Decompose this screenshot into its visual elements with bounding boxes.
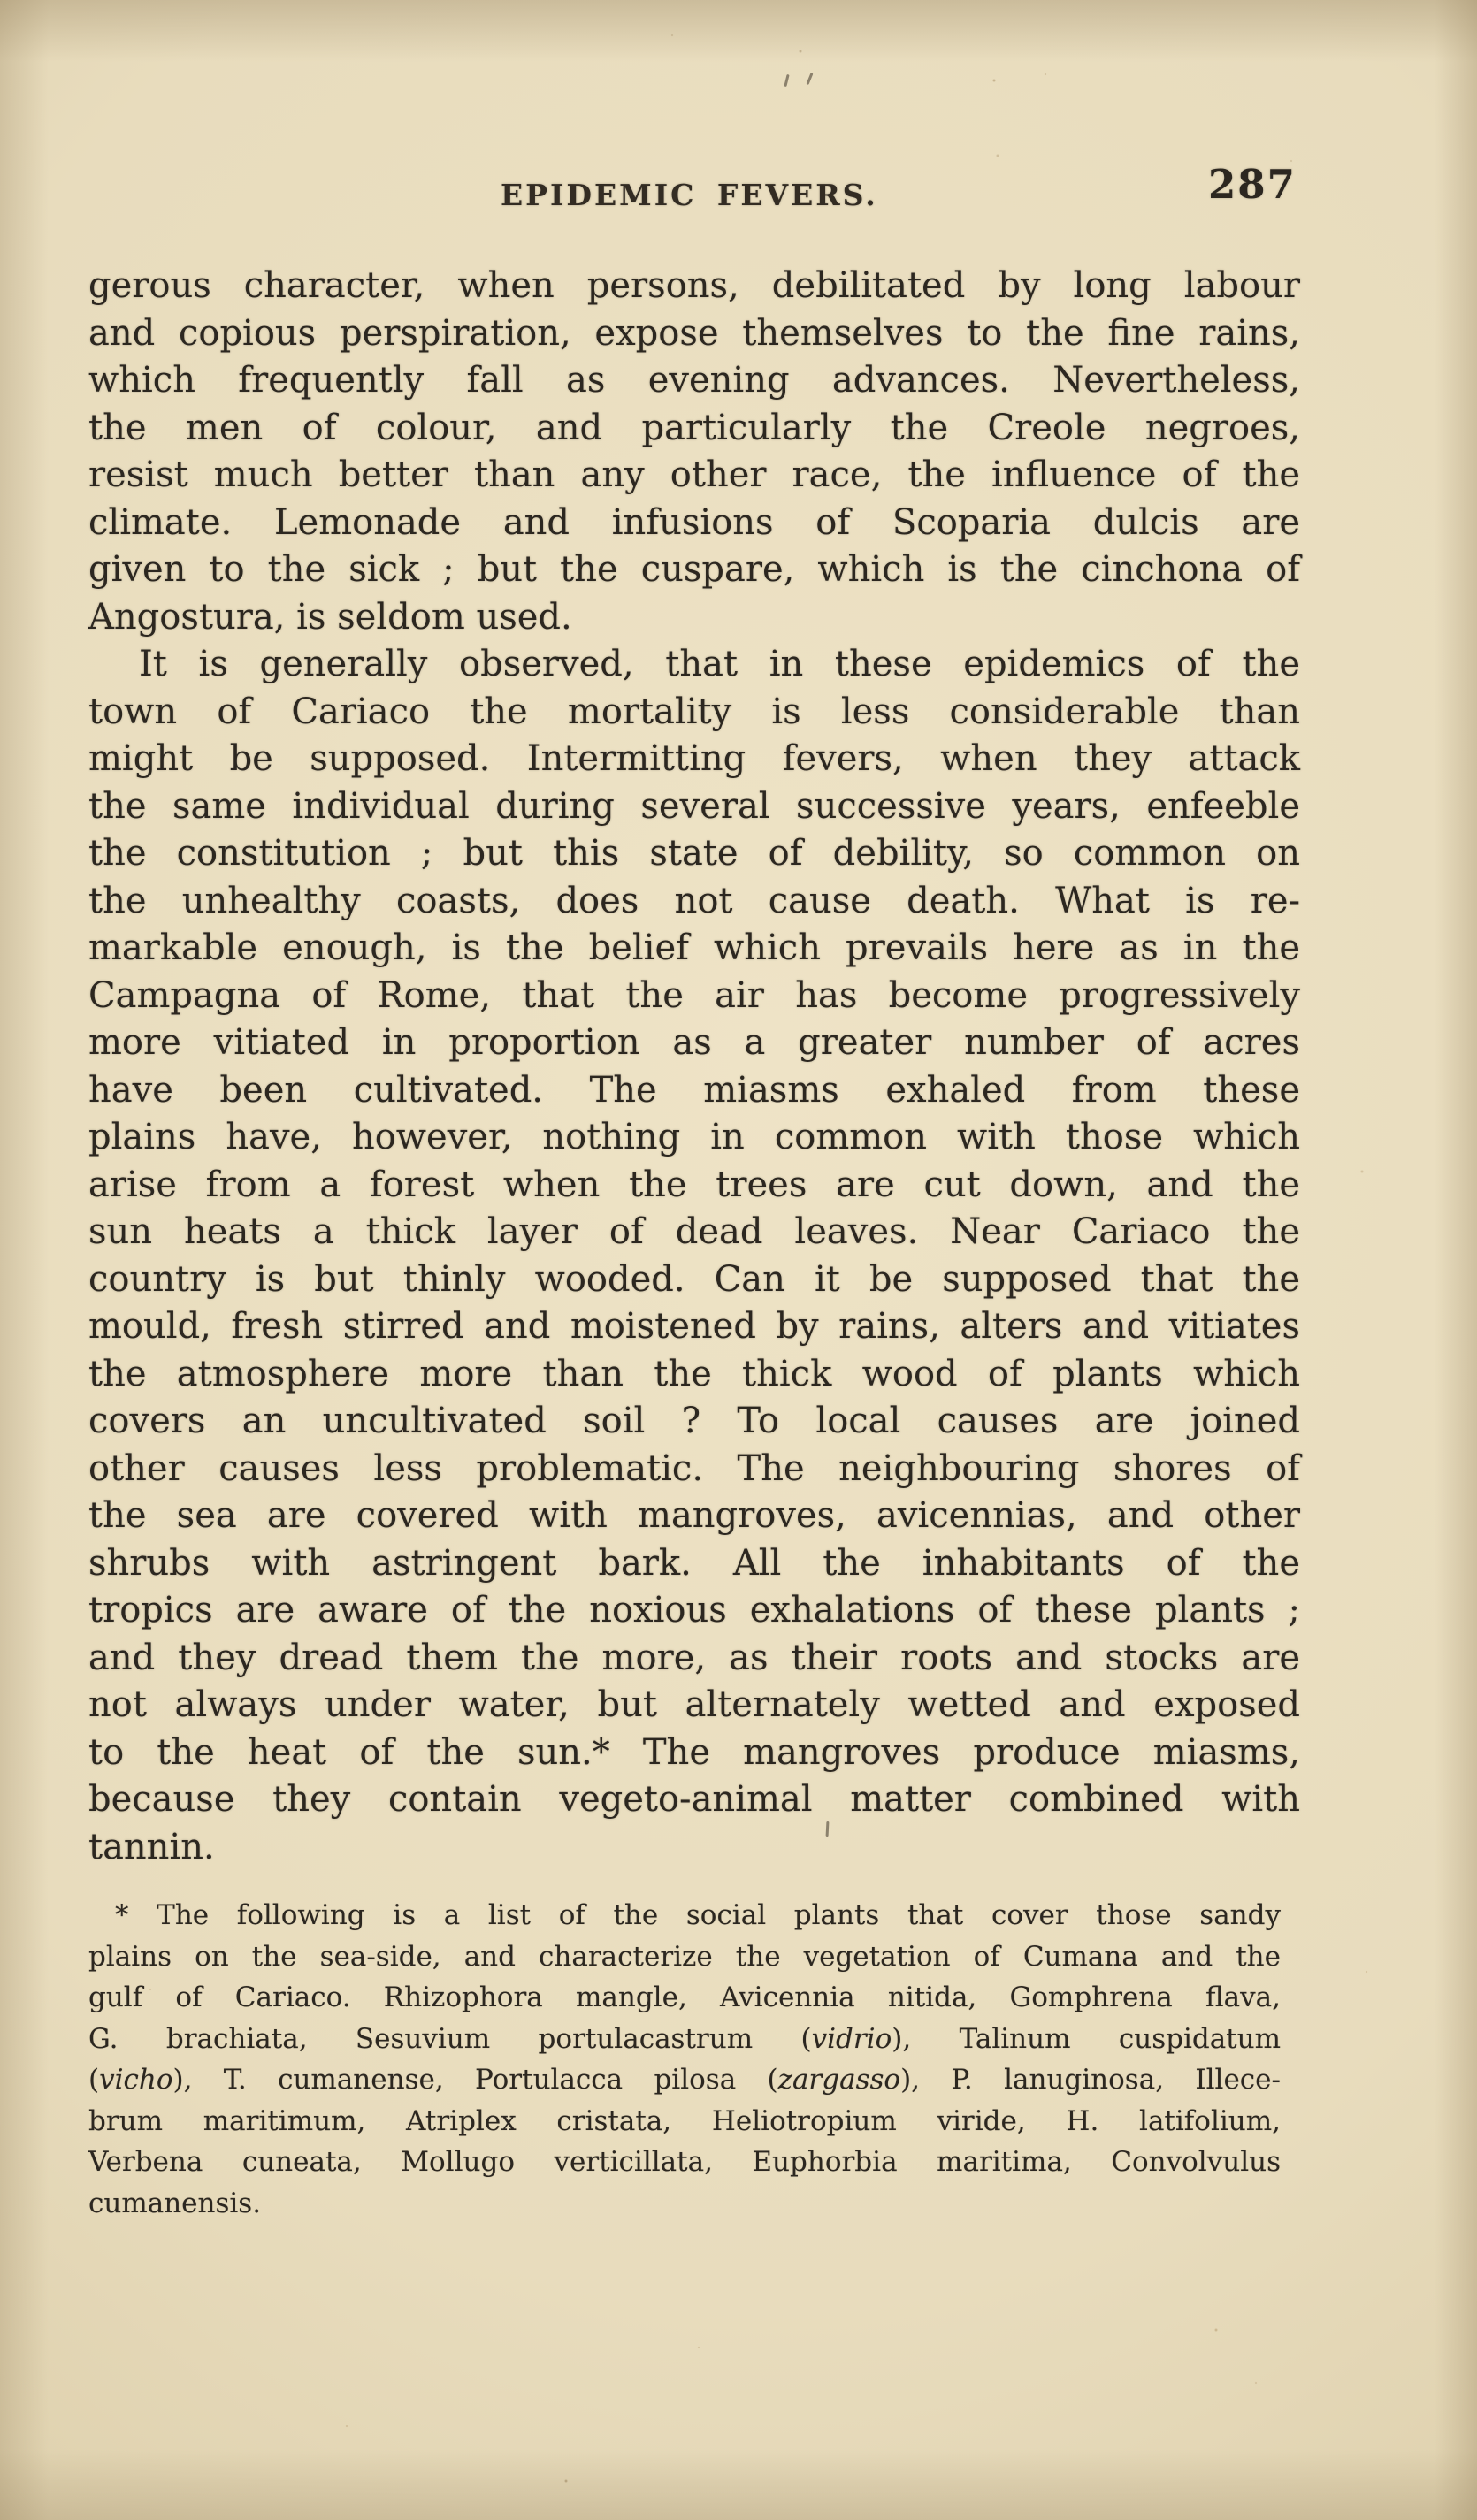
body-text: gerous character, when persons, debilita… [88, 263, 1300, 1871]
text-line: (vicho), T. cumanense, Portulacca pilosa… [88, 2059, 1281, 2101]
text-line: G. brachiata, Sesuvium portulacastrum (v… [88, 2019, 1281, 2060]
paragraph: gerous character, when persons, debilita… [88, 263, 1300, 641]
text-line: which frequently fall as evening advance… [88, 357, 1300, 405]
text-line: arise from a forest when the trees are c… [88, 1162, 1300, 1210]
text-line: the constitution ; but this state of deb… [88, 830, 1300, 878]
scan-mark [806, 73, 813, 85]
text-line: cumanensis. [88, 2183, 1281, 2225]
text-line: mould, fresh stirred and moistened by ra… [88, 1303, 1300, 1351]
text-line: brum maritimum, Atriplex cristata, Helio… [88, 2101, 1281, 2142]
text-line: Angostura, is seldom used. [88, 594, 1300, 642]
text-line: sun heats a thick layer of dead leaves. … [88, 1209, 1300, 1256]
text-line: climate. Lemonade and infusions of Scopa… [88, 500, 1300, 547]
text-line: plains have, however, nothing in common … [88, 1114, 1300, 1162]
running-header-title: EPIDEMIC FEVERS. [501, 178, 878, 212]
text-line: town of Cariaco the mortality is less co… [88, 689, 1300, 737]
text-line: It is generally observed, that in these … [88, 641, 1300, 689]
text-line: the unhealthy coasts, does not cause dea… [88, 878, 1300, 926]
text-line: the atmosphere more than the thick wood … [88, 1351, 1300, 1399]
text-line: to the heat of the sun.* The mangroves p… [88, 1730, 1300, 1777]
text-line: the men of colour, and particularly the … [88, 405, 1300, 453]
text-line: more vitiated in proportion as a greater… [88, 1019, 1300, 1067]
scan-mark [784, 74, 789, 87]
text-line: covers an uncultivated soil ? To local c… [88, 1398, 1300, 1446]
text-line: tannin. [88, 1824, 1300, 1872]
footnote: * The following is a list of the social … [88, 1895, 1281, 2224]
text-line: not always under water, but alternately … [88, 1682, 1300, 1730]
text-line: the sea are covered with mangroves, avic… [88, 1493, 1300, 1540]
paragraph: It is generally observed, that in these … [88, 641, 1300, 1871]
text-line: because they contain vegeto-animal matte… [88, 1776, 1300, 1824]
text-line: given to the sick ; but the cuspare, whi… [88, 546, 1300, 594]
text-line: the same individual during several succe… [88, 783, 1300, 831]
text-line: gerous character, when persons, debilita… [88, 263, 1300, 310]
text-line: might be supposed. Intermitting fevers, … [88, 736, 1300, 783]
page-number: 287 [1208, 161, 1297, 208]
text-line: have been cultivated. The miasms exhaled… [88, 1067, 1300, 1115]
text-line: markable enough, is the belief which pre… [88, 925, 1300, 973]
text-line: other causes less problematic. The neigh… [88, 1446, 1300, 1493]
text-line: resist much better than any other race, … [88, 452, 1300, 500]
text-line: shrubs with astringent bark. All the inh… [88, 1540, 1300, 1588]
text-line: and copious perspiration, expose themsel… [88, 310, 1300, 358]
text-line: plains on the sea-side, and characterize… [88, 1936, 1281, 1978]
text-line: country is but thinly wooded. Can it be … [88, 1256, 1300, 1304]
text-line: tropics are aware of the noxious exhalat… [88, 1587, 1300, 1635]
text-line: and they dread them the more, as their r… [88, 1635, 1300, 1683]
text-line: * The following is a list of the social … [88, 1895, 1281, 1936]
text-line: gulf of Cariaco. Rhizophora mangle, Avic… [88, 1977, 1281, 2019]
text-line: Verbena cuneata, Mollugo verticillata, E… [88, 2142, 1281, 2183]
book-page: EPIDEMIC FEVERS. 287 gerous character, w… [0, 0, 1477, 2520]
text-line: Campagna of Rome, that the air has becom… [88, 973, 1300, 1020]
